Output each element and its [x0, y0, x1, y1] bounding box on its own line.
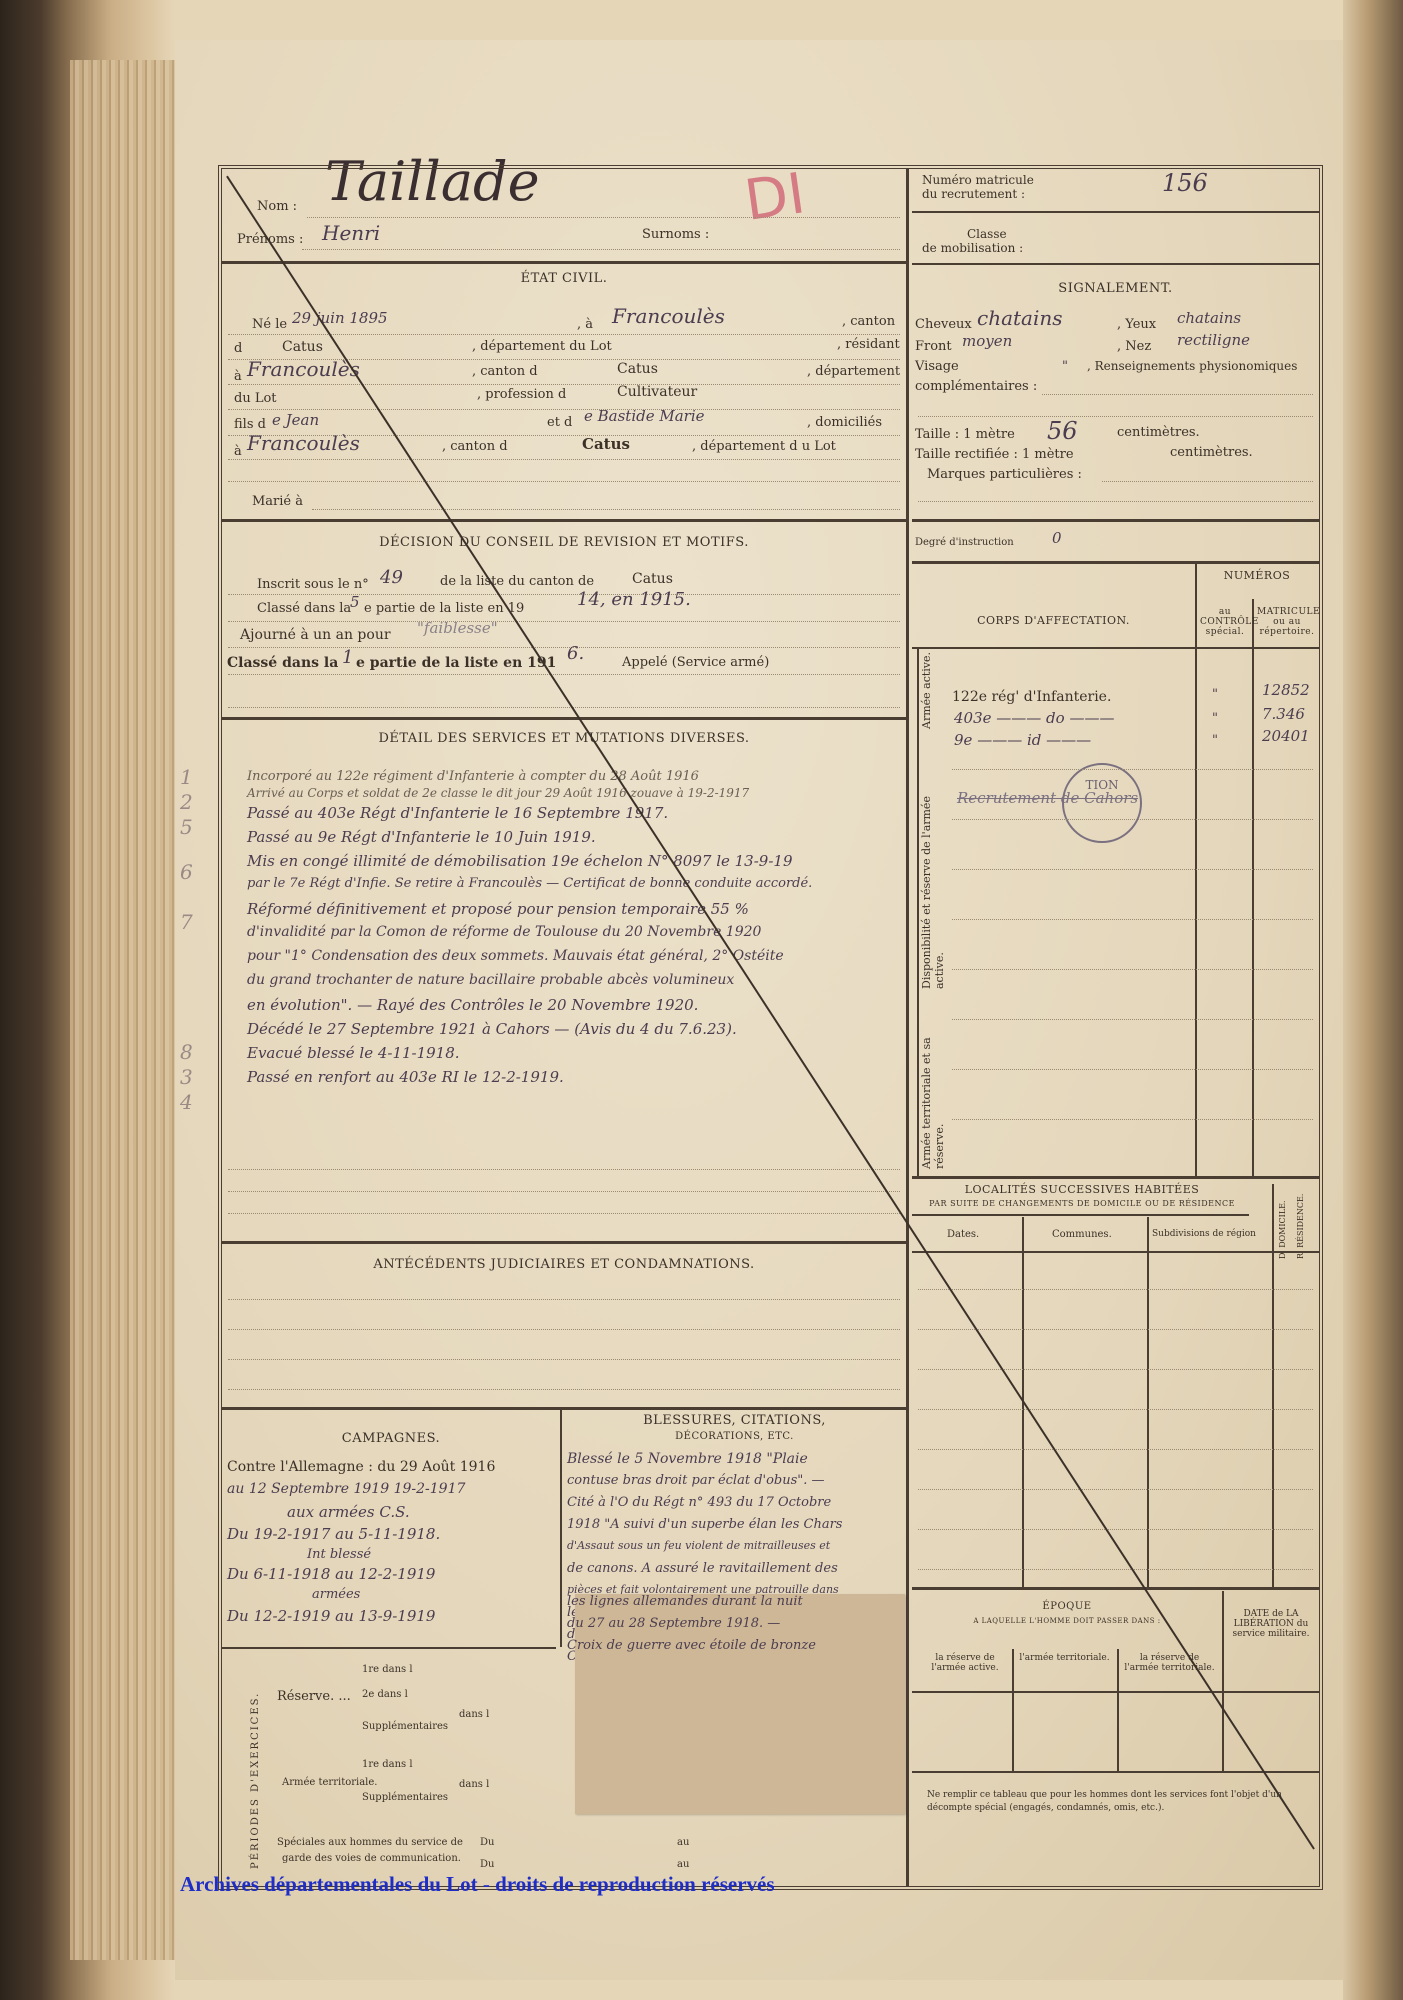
blessure-line: d'Assaut sous un feu violent de mitraill…	[567, 1539, 907, 1561]
et-label: et d	[547, 415, 572, 430]
r-residence-label: R. RÉSIDENCE.	[1296, 1194, 1305, 1259]
right-column: Numéro matricule du recrutement : 156 Cl…	[912, 169, 1319, 1886]
taille-label: Taille : 1 mètre	[915, 427, 1015, 442]
nom-label: Nom :	[257, 199, 297, 214]
campagne-line: au 12 Septembre 1919 19-2-1917	[227, 1481, 557, 1503]
speciales-1: Spéciales aux hommes du service de	[277, 1837, 463, 1848]
domicile-commune: Francoulès	[247, 431, 360, 455]
prenoms-label: Prénoms :	[237, 232, 303, 247]
canton-label: , canton	[842, 314, 895, 329]
corps-row-1: 122e rég' d'Infanterie.	[952, 689, 1111, 705]
antecedents-title: ANTÉCÉDENTS JUDICIAIRES ET CONDAMNATIONS…	[222, 1257, 906, 1272]
service-line: par le 7e Régt d'Infie. Se retire à Fran…	[247, 876, 887, 900]
service-line: d'invalidité par la Comon de réforme de …	[247, 924, 887, 948]
fils-label: fils d	[234, 417, 266, 432]
profession-label: , profession d	[477, 387, 566, 402]
blessure-line: les lignes allemandes durant la nuit	[567, 1594, 907, 1616]
yeux-label: , Yeux	[1117, 317, 1156, 332]
yeux-value: chatains	[1177, 309, 1241, 327]
ne-le-label: Né le	[252, 317, 287, 332]
a3-label: à	[234, 444, 242, 459]
classe-mobilisation-2: de mobilisation :	[922, 241, 1023, 255]
localites-col-dates: Dates.	[947, 1229, 979, 1240]
margin-number: 1	[180, 765, 193, 789]
armee-active-label: Armée active.	[920, 652, 933, 729]
centimetres-1: centimètres.	[1117, 425, 1200, 440]
epoque-subtitle: A LAQUELLE L'HOMME DOIT PASSER DANS :	[912, 1617, 1222, 1625]
pere-value: e Jean	[272, 411, 319, 429]
ajourne-value: "faiblesse"	[417, 619, 498, 637]
renseignements-label: , Renseignements physionomiques	[1087, 359, 1297, 373]
au-controle-header: au CONTRÔLE spécial.	[1200, 607, 1250, 637]
partie2-label: e partie de la liste en 191	[356, 655, 556, 671]
d-label: d	[234, 341, 242, 356]
margin-number: 7	[180, 910, 193, 934]
campagne-line: aux armées C.S.	[227, 1503, 557, 1525]
inscrit-label: Inscrit sous le n°	[257, 577, 369, 592]
canton-value: Catus	[282, 339, 323, 355]
cheveux-value: chatains	[977, 306, 1063, 330]
service-line: Décédé le 27 Septembre 1921 à Cahors — (…	[247, 1020, 887, 1044]
naissance-commune: Francoulès	[612, 304, 725, 328]
service-line: Evacué blessé le 4-11-1918.	[247, 1044, 887, 1068]
classe-label: Classé dans la	[257, 601, 351, 616]
centimetres-2: centimètres.	[1170, 445, 1253, 460]
blessure-line: du 27 au 28 Septembre 1918. —	[567, 1616, 907, 1638]
service-line: pour "1° Condensation des deux sommets. …	[247, 948, 887, 972]
service-line: Passé au 403e Régt d'Infanterie le 16 Se…	[247, 804, 887, 828]
blessure-line: contuse bras droit par éclat d'obus". —	[567, 1473, 907, 1495]
matricule-row-1: 12852	[1262, 681, 1310, 699]
margin-number: 2	[180, 790, 193, 814]
partie-label: e partie de la liste en 19	[364, 601, 524, 616]
mere-value: e Bastide Marie	[584, 407, 705, 425]
epoque-note: Ne remplir ce tableau que pour les homme…	[927, 1789, 1307, 1815]
reserve-1: 1re dans l	[362, 1664, 413, 1675]
disponibilite-label: Disponibilité et réserve de l'armée acti…	[920, 789, 946, 989]
localites-col-subdivisions: Subdivisions de région	[1152, 1229, 1256, 1239]
canton2-label: , canton d	[472, 364, 538, 379]
taille-rectifiee-label: Taille rectifiée : 1 mètre	[915, 447, 1074, 462]
service-line: Passé au 9e Régt d'Infanterie le 10 Juin…	[247, 828, 887, 852]
au-2: au	[677, 1859, 689, 1870]
blessure-line: Croix de guerre avec étoile de bronze	[567, 1638, 907, 1660]
blessures-title: BLESSURES, CITATIONS,	[562, 1413, 907, 1428]
controle-row-2: "	[1212, 711, 1218, 726]
du-1: Du	[480, 1837, 494, 1848]
margin-number: 6	[180, 860, 193, 884]
service-line: Arrivé au Corps et soldat de 2e classe l…	[247, 786, 887, 804]
at-dans-l: dans l	[459, 1779, 489, 1790]
departement2-label: , département	[807, 364, 900, 379]
reserve-label: Réserve. ...	[277, 1689, 351, 1704]
prenoms-value: Henri	[322, 221, 380, 245]
profession-value: Cultivateur	[617, 384, 697, 400]
matricule-row-3: 20401	[1262, 727, 1310, 745]
resident-label: , résidant	[837, 337, 900, 352]
campagne-line: armées	[227, 1587, 557, 1607]
nez-label: , Nez	[1117, 339, 1151, 354]
visage-label: Visage	[915, 359, 959, 374]
left-column: Nom : Prénoms : Henri Surnoms : ÉTAT CIV…	[222, 169, 909, 1886]
page-stack-edge	[70, 60, 180, 1960]
controle-row-3: "	[1212, 733, 1218, 748]
marie-label: Marié à	[252, 494, 303, 509]
margin-number: 3	[180, 1065, 193, 1089]
struck-recrutement: Recrutement de Cahors	[957, 789, 1138, 807]
service-line: Incorporé au 122e régiment d'Infanterie …	[247, 769, 887, 786]
reserve-2: 2e dans l	[362, 1689, 408, 1700]
front-value: moyen	[962, 332, 1012, 350]
classe2-value: 1	[342, 647, 353, 668]
residence-commune: Francoulès	[247, 357, 360, 381]
epoque-col-reserve-territoriale: la réserve de l'armée territoriale.	[1122, 1653, 1217, 1673]
taille-value: 56	[1047, 417, 1078, 445]
a2-label: à	[234, 369, 242, 384]
liste-canton-value: Catus	[632, 571, 673, 587]
campagne-line: Int blessé	[227, 1547, 557, 1565]
partie2-year: 6.	[567, 643, 584, 664]
matricule-value: 156	[1162, 169, 1208, 197]
a-label: , à	[577, 317, 593, 332]
service-line: Réformé définitivement et proposé pour p…	[247, 900, 887, 924]
next-page-edge	[1343, 0, 1403, 2000]
campagne-line: Contre l'Allemagne : du 29 Août 1916	[227, 1459, 557, 1481]
service-line: Mis en congé illimité de démobilisation …	[247, 852, 887, 876]
classe-mobilisation-1: Classe	[967, 227, 1007, 241]
controle-row-1: "	[1212, 687, 1218, 702]
front-label: Front	[915, 339, 952, 354]
at-1: 1re dans l	[362, 1759, 413, 1770]
localites-subtitle: PAR SUITE DE CHANGEMENTS DE DOMICILE OU …	[912, 1199, 1252, 1208]
complementaires-label: complémentaires :	[915, 379, 1037, 394]
campagnes-title: CAMPAGNES.	[222, 1431, 560, 1446]
reserve-dans-l: dans l	[459, 1709, 489, 1720]
date-liberation-header: DATE de LA LIBÉRATION du service militai…	[1227, 1609, 1315, 1639]
partie-year: 14, en 1915.	[577, 589, 691, 610]
departement-label: , département du Lot	[472, 339, 612, 354]
services-lines: Incorporé au 122e régiment d'Infanterie …	[247, 769, 887, 1092]
blessure-line: de canons. A assuré le ravitaillement de…	[567, 1561, 907, 1583]
service-line: Passé en renfort au 403e RI le 12-2-1919…	[247, 1068, 887, 1092]
service-line: du grand trochanter de nature bacillaire…	[247, 972, 887, 996]
cheveux-label: Cheveux	[915, 317, 972, 332]
ne-le-value: 29 juin 1895	[292, 309, 388, 327]
classe2-label: Classé dans la	[227, 655, 338, 671]
classe-value: 5	[350, 593, 360, 611]
services-title: DÉTAIL DES SERVICES ET MUTATIONS DIVERSE…	[222, 731, 906, 746]
military-register-form: Nom : Prénoms : Henri Surnoms : ÉTAT CIV…	[218, 165, 1323, 1890]
blessure-line: Cité à l'O du Régt n° 493 du 17 Octobre	[567, 1495, 907, 1517]
reserve-supplementaires: Supplémentaires	[362, 1721, 448, 1732]
signalement-title: SIGNALEMENT.	[912, 281, 1319, 296]
matricule-header: MATRICULE ou au répertoire.	[1257, 607, 1317, 637]
campagne-line: Du 6-11-1918 au 12-2-1919	[227, 1565, 557, 1587]
margin-number: 5	[180, 815, 193, 839]
surnoms-label: Surnoms :	[642, 227, 709, 242]
campagne-line: Du 19-2-1917 au 5-11-1918.	[227, 1525, 557, 1547]
blessure-line: Blessé le 5 Novembre 1918 "Plaie	[567, 1451, 907, 1473]
corps-row-3: 9e ——— id ———	[954, 731, 1091, 749]
localites-title: LOCALITÉS SUCCESSIVES HABITÉES	[912, 1183, 1252, 1196]
epoque-col-territoriale: l'armée territoriale.	[1017, 1653, 1112, 1663]
localites-col-communes: Communes.	[1052, 1229, 1112, 1240]
archive-watermark: Archives départementales du Lot - droits…	[180, 1872, 775, 1897]
corps-row-2: 403e ——— do ———	[954, 709, 1114, 727]
matricule-row-2: 7.346	[1262, 705, 1305, 723]
degre-value: 0	[1052, 529, 1062, 547]
margin-number: 8	[180, 1040, 193, 1064]
marques-label: Marques particulières :	[927, 467, 1082, 482]
matricule-label-1: Numéro matricule	[922, 173, 1034, 187]
numeros-title: NUMÉROS	[1195, 569, 1319, 582]
speciales-2: garde des voies de communication.	[282, 1853, 461, 1864]
domicilies-label: , domiciliés	[807, 415, 882, 430]
inscrit-value: 49	[380, 567, 403, 588]
epoque-col-reserve-active: la réserve de l'armée active.	[920, 1653, 1010, 1673]
etat-civil-title: ÉTAT CIVIL.	[222, 271, 906, 286]
departement3-label: , département d u Lot	[692, 439, 836, 454]
canton2-value: Catus	[617, 361, 658, 377]
ajourne-label: Ajourné à un an pour	[240, 627, 391, 643]
campagnes-lines: Contre l'Allemagne : du 29 Août 1916 au …	[227, 1459, 557, 1629]
degre-label: Degré d'instruction	[915, 537, 1014, 548]
margin-number: 4	[180, 1090, 193, 1114]
at-supplementaires: Supplémentaires	[362, 1792, 448, 1803]
service-line: en évolution". — Rayé des Contrôles le 2…	[247, 996, 887, 1020]
matricule-label-2: du recrutement :	[922, 187, 1025, 201]
decision-title: DÉCISION DU CONSEIL DE REVISION ET MOTIF…	[222, 535, 906, 550]
canton3-value: Catus	[582, 435, 630, 453]
au-1: au	[677, 1837, 689, 1848]
liste-canton-label: de la liste du canton de	[440, 574, 594, 589]
campagne-line: Du 12-2-1919 au 13-9-1919	[227, 1607, 557, 1629]
du-2: Du	[480, 1859, 494, 1870]
epoque-title: ÉPOQUE	[912, 1601, 1222, 1612]
corps-title: CORPS D'AFFECTATION.	[912, 614, 1195, 627]
territoriale-label: Armée territoriale et sa réserve.	[920, 989, 946, 1169]
blessure-line: 1918 "A suivi d'un superbe élan les Char…	[567, 1517, 907, 1539]
armee-territoriale-label: Armée territoriale.	[282, 1777, 377, 1788]
blessures-subtitle: DÉCORATIONS, ETC.	[562, 1431, 907, 1442]
periodes-label: PÉRIODES D'EXERCICES.	[250, 1692, 261, 1869]
du-lot: du Lot	[234, 391, 277, 406]
nez-value: rectiligne	[1177, 331, 1250, 349]
canton3-label: , canton d	[442, 439, 508, 454]
appele-label: Appelé (Service armé)	[622, 655, 769, 670]
visage-value: "	[1062, 359, 1068, 374]
